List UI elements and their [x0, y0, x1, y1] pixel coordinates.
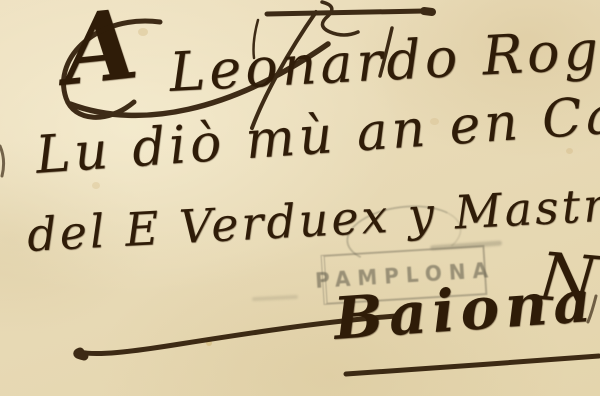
fox-spot — [206, 340, 212, 346]
letter-scan: PAMPLONA A Leonardo Roger Lu diò mù an e… — [0, 0, 600, 396]
address-line3: del E Verduex y Mastre — [26, 180, 600, 258]
address-line1: Leonardo Roger — [168, 20, 600, 100]
fox-spot — [92, 182, 100, 189]
postmark-smudge — [252, 295, 298, 301]
fox-spot — [566, 148, 573, 154]
address-line1-capital: A — [58, 0, 142, 99]
destination-word: Baiona — [332, 272, 598, 348]
fox-spot — [138, 28, 148, 36]
